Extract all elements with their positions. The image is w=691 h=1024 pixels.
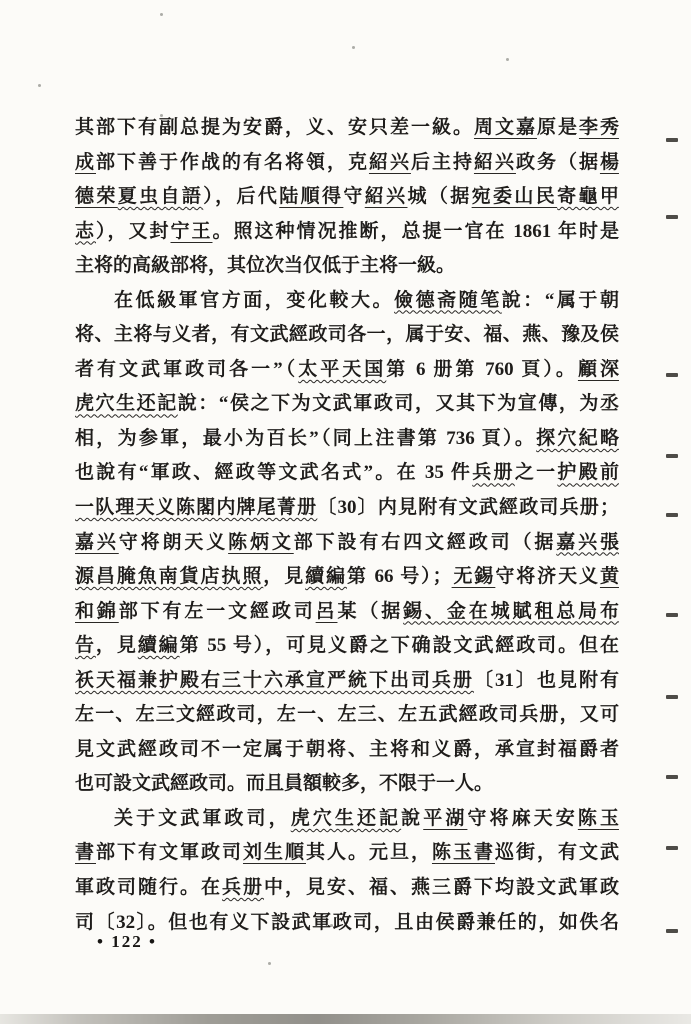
text-run: 在低級軍官方面，变化較大。 <box>114 290 394 311</box>
scan-speck <box>268 962 271 965</box>
text-run: 說：“侯之下为文武軍政司，又其下为宣傳，为丞 <box>178 393 619 414</box>
text-line: 也說有“軍政、經政等文武名式”。在 35 件兵册之一护殿前 <box>75 456 619 491</box>
text-run: 城（据 <box>408 186 472 207</box>
proper-noun: 德荣 <box>75 186 118 207</box>
text-line: 者有文武軍政司各一”（太平天国第 6 册第 760 頁）。顧深 <box>75 353 619 388</box>
text-line: 将、主将与义者，有文武經政司各一，属于安、福、燕、豫及侯 <box>75 318 619 353</box>
proper-noun: 顧深 <box>578 359 619 380</box>
proper-noun: 宛委山民 <box>472 186 558 207</box>
text-run: 部下有左一文經政司 <box>119 601 316 622</box>
text-run: 守将济天义 <box>495 566 600 587</box>
book-title: 一队理天义陈閣内牌尾菁册 <box>75 497 317 518</box>
scan-speck <box>330 924 333 927</box>
book-title: 錫、金在城賦租总局布 <box>403 601 619 622</box>
proper-noun: 楊 <box>600 152 619 173</box>
text-run: 守将朗天义 <box>119 532 228 553</box>
text-run: ），又封 <box>96 221 171 242</box>
book-title: 寄龜甲 <box>557 186 619 207</box>
text-run: 其部下有副总提为安爵，义、安只差一級。 <box>75 117 474 138</box>
text-line: 一队理天义陈閣内牌尾菁册〔30〕内見附有文武經政司兵册； <box>75 491 619 526</box>
text-line: 祅天福兼护殿右三十六承宣严統下出司兵册〔31〕也見附有 <box>75 664 619 699</box>
proper-noun: 无錫 <box>452 566 496 587</box>
text-line: 德荣夏虫自語），后代陆順得守紹兴城（据宛委山民寄龜甲 <box>75 180 619 215</box>
book-title: 源昌腌魚南貨店执照 <box>75 566 263 587</box>
proper-noun: 平湖 <box>423 808 467 829</box>
scan-speck <box>352 46 355 49</box>
text-run: 原是 <box>537 117 579 138</box>
margin-dash-mark <box>666 929 678 933</box>
scan-speck <box>38 84 41 87</box>
text-run: 第 6 册第 760 頁）。 <box>386 359 578 380</box>
text-run: ，見 <box>96 635 138 656</box>
text-run: 守 <box>343 186 364 207</box>
proper-noun: 黄 <box>600 566 619 587</box>
text-line: 成部下善于作战的有名将領，克紹兴后主持紹兴政务（据楊 <box>75 146 619 181</box>
proper-noun: 紹兴 <box>474 152 516 173</box>
text-line: 書部下有文軍政司刘生順其人。元旦，陈玉書巡街，有文武 <box>75 836 619 871</box>
scan-speck <box>160 13 163 16</box>
text-run: 〔31〕也見附有 <box>474 670 619 691</box>
text-line: 其部下有副总提为安爵，义、安只差一級。周文嘉原是李秀 <box>75 111 619 146</box>
book-title: 兵册 <box>222 877 264 898</box>
proper-noun: 刘生順 <box>243 842 306 863</box>
text-line: 告，見續編第 55 号），可見义爵之下确設文武經政司。但在 <box>75 629 619 664</box>
scan-edge-shadow <box>0 1014 691 1024</box>
book-title: 虎穴生还記 <box>75 393 178 414</box>
text-line: 主将的高級部将，其位次当仅低于主将一級。 <box>75 249 619 284</box>
text-run: ），后代 <box>203 186 279 207</box>
proper-noun: 書 <box>75 842 96 863</box>
text-run: 后主持 <box>411 152 474 173</box>
text-run: 見文武經政司不一定属于朝将、主将和义爵，承宣封福爵者 <box>75 739 619 760</box>
text-run: 某（据 <box>337 601 403 622</box>
proper-noun: 呂 <box>316 601 338 622</box>
text-line: 志），又封宁王。照这种情况推断，总提一官在 1861 年时是 <box>75 215 619 250</box>
text-run: 第 55 号），可見义爵之下确設文武經政司。但在 <box>180 635 619 656</box>
margin-dash-mark <box>666 454 678 458</box>
text-run: 第 66 号）； <box>347 566 452 587</box>
book-title: 志 <box>75 221 96 242</box>
text-run: 部下設有右四文經政司（据 <box>294 532 556 553</box>
text-line: 見文武經政司不一定属于朝将、主将和义爵，承宣封福爵者 <box>75 733 619 768</box>
margin-dash-mark <box>666 775 678 779</box>
book-page: 其部下有副总提为安爵，义、安只差一級。周文嘉原是李秀成部下善于作战的有名将領，克… <box>0 0 691 1024</box>
text-run: 其人。元旦， <box>306 842 432 863</box>
text-run: 部下有文軍政司 <box>96 842 243 863</box>
text-line: 左一、左三文經政司，左一、左三、左五武經政司兵册，又可 <box>75 698 619 733</box>
proper-noun: 嘉兴 <box>75 532 119 553</box>
text-line: 軍政司随行。在兵册中，見安、福、燕三爵下均設文武軍政 <box>75 871 619 906</box>
text-run: 部下善于作战的有名将領，克 <box>96 152 369 173</box>
text-run: 軍政司随行。在 <box>75 877 222 898</box>
margin-dash-mark <box>666 373 678 377</box>
text-run: 之一 <box>515 462 558 483</box>
text-run: 守将麻天安 <box>467 808 577 829</box>
scan-speck <box>506 58 509 61</box>
text-run: 左一、左三文經政司，左一、左三、左五武經政司兵册，又可 <box>75 704 619 725</box>
book-title: 祅天福兼护殿右三十六承宣严統下出司兵册 <box>75 670 474 691</box>
proper-noun: 李秀 <box>579 117 619 138</box>
text-run: 主将的高級部将，其位次当仅低于主将一級。 <box>75 255 455 276</box>
proper-noun: 宁王 <box>171 221 213 242</box>
text-run: 〔30〕内見附有文武經政司兵册； <box>317 497 619 518</box>
text-run: 相，为参軍，最小为百长”（同上注書第 736 頁）。 <box>75 428 536 449</box>
text-run: ，見 <box>263 566 305 587</box>
book-title: 續編 <box>138 635 180 656</box>
text-line: 关于文武軍政司，虎穴生还記說平湖守将麻天安陈玉 <box>75 802 619 837</box>
text-line: 和錦部下有左一文經政司呂某（据錫、金在城賦租总局布 <box>75 595 619 630</box>
text-run: 中，見安、福、燕三爵下均設文武軍政 <box>264 877 619 898</box>
text-line: 虎穴生还記說：“侯之下为文武軍政司，又其下为宣傳，为丞 <box>75 387 619 422</box>
text-line: 也可設文武經政司。而且員額較多，不限于一人。 <box>75 767 619 802</box>
text-line: 相，为参軍，最小为百长”（同上注書第 736 頁）。探穴紀略 <box>75 422 619 457</box>
proper-noun: 紹兴 <box>369 152 411 173</box>
text-run: 关于文武軍政司， <box>114 808 291 829</box>
book-title: 儉德斋随笔 <box>394 290 502 311</box>
margin-dash-mark <box>666 846 678 850</box>
proper-noun: 紹兴 <box>365 186 408 207</box>
margin-dash-mark <box>666 138 678 142</box>
proper-noun: 陈玉 <box>578 808 619 829</box>
page-number: • 122 • <box>97 932 157 952</box>
scan-speck <box>160 114 163 117</box>
proper-noun: 陈玉書 <box>432 842 495 863</box>
margin-dash-mark <box>666 695 678 699</box>
text-block: 其部下有副总提为安爵，义、安只差一級。周文嘉原是李秀成部下善于作战的有名将領，克… <box>75 111 619 940</box>
text-line: 源昌腌魚南貨店执照，見續編第 66 号）；无錫守将济天义黄 <box>75 560 619 595</box>
book-title: 告 <box>75 635 96 656</box>
text-run: 将、主将与义者，有文武經政司各一，属于安、福、燕、豫及侯 <box>75 324 619 345</box>
book-title: 护殿前 <box>557 462 619 483</box>
text-line: 嘉兴守将朗天义陈炳文部下設有右四文經政司（据嘉兴張 <box>75 526 619 561</box>
book-title: 兵册 <box>472 462 515 483</box>
book-title: 虎穴生还記 <box>291 808 401 829</box>
proper-noun: 和錦 <box>75 601 119 622</box>
proper-noun: 周文嘉 <box>474 117 537 138</box>
text-run: 者有文武軍政司各一”（ <box>75 359 298 380</box>
book-title: 夏虫自語 <box>118 186 204 207</box>
book-title: 嘉兴張 <box>556 532 619 553</box>
proper-noun: 陆順得 <box>279 186 343 207</box>
text-run: 也說有“軍政、經政等文武名式”。在 35 件 <box>75 462 472 483</box>
margin-dash-mark <box>666 513 678 517</box>
book-title: 續編 <box>305 566 347 587</box>
text-run: 政务（据 <box>516 152 600 173</box>
text-line: 在低級軍官方面，变化較大。儉德斋随笔說：“属于朝 <box>75 284 619 319</box>
text-run: 司〔32〕。但也有义下設武軍政司，且由侯爵兼任的，如佚名 <box>75 912 619 933</box>
text-run: 說 <box>401 808 423 829</box>
text-run: 也可設文武經政司。而且員額較多，不限于一人。 <box>75 773 493 794</box>
proper-noun: 陈炳文 <box>228 532 294 553</box>
book-title: 太平天国 <box>298 359 386 380</box>
text-run: 。照这种情况推断，总提一官在 1861 年时是 <box>213 221 619 242</box>
text-run: 說：“属于朝 <box>502 290 619 311</box>
text-run: 巡街，有文武 <box>495 842 619 863</box>
proper-noun: 成 <box>75 152 96 173</box>
margin-dash-mark <box>666 613 678 617</box>
margin-dash-mark <box>666 215 678 219</box>
book-title: 探穴紀略 <box>536 428 619 449</box>
